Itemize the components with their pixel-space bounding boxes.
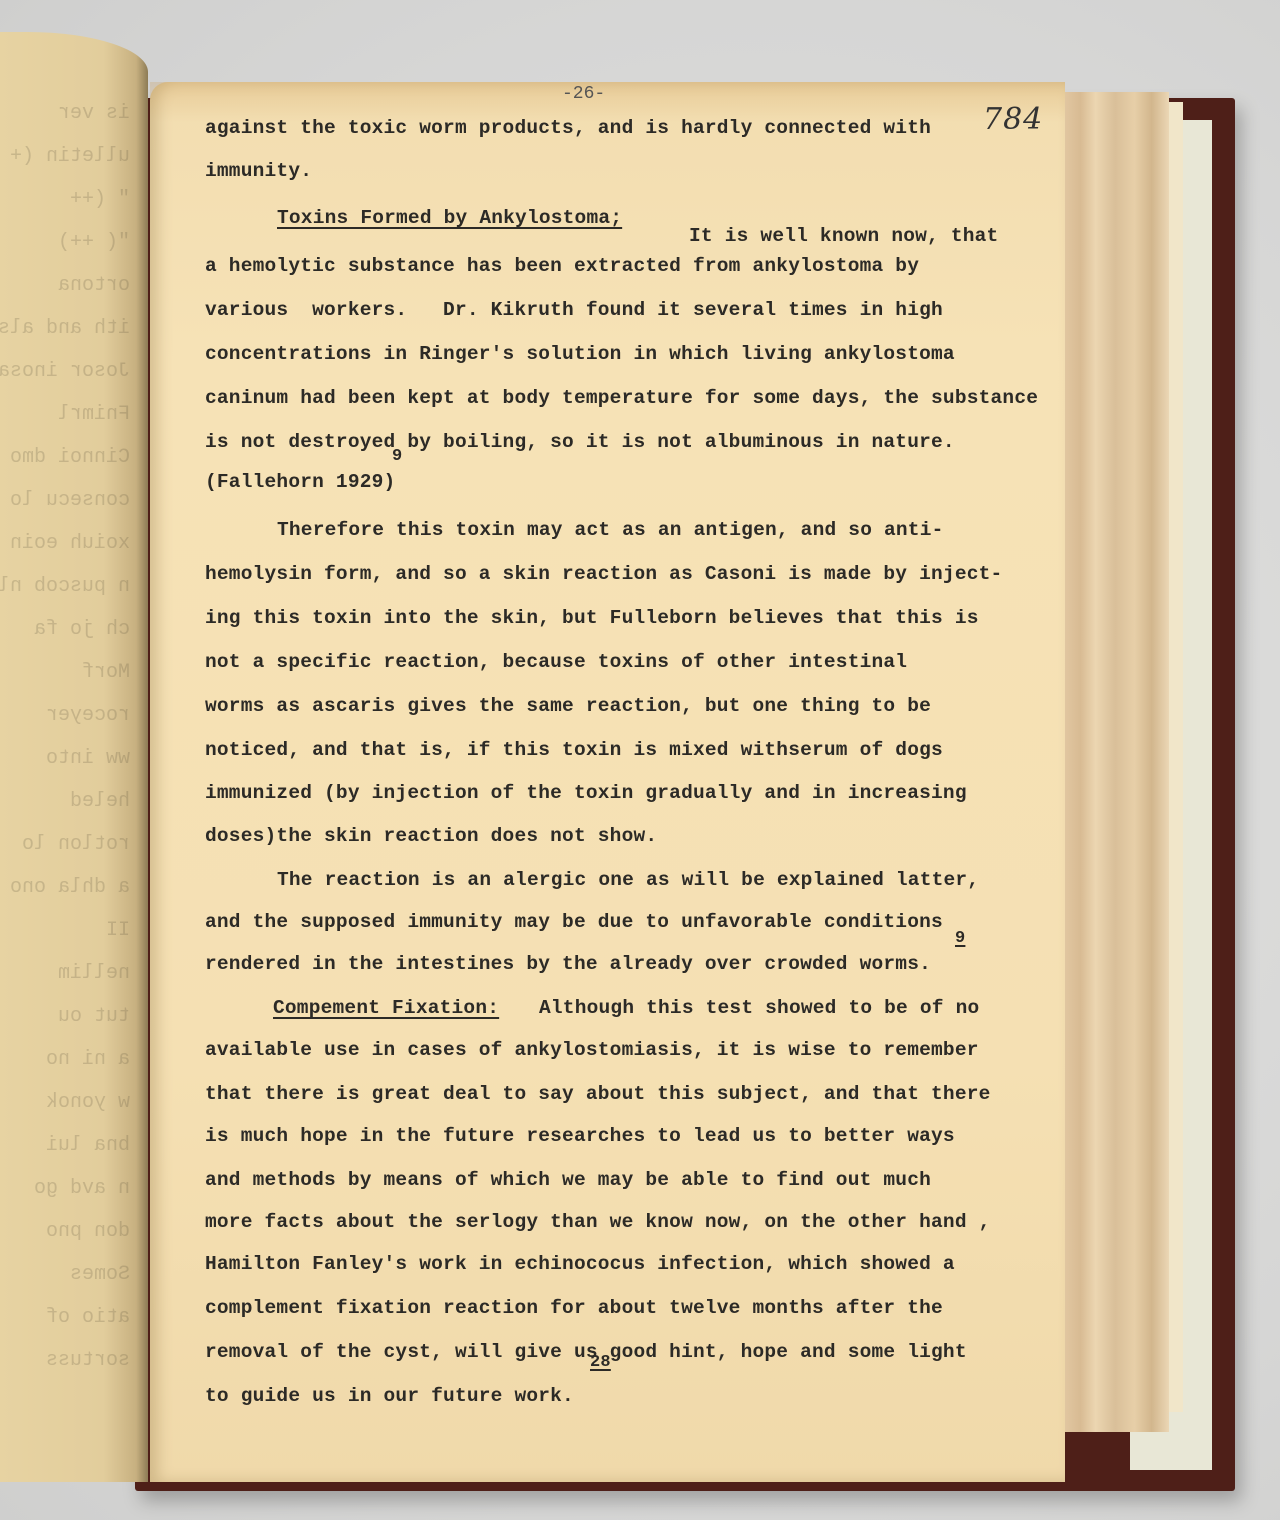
text-line: a hemolytic substance has been extracted…	[205, 255, 919, 277]
text-line: that there is great deal to say about th…	[205, 1083, 991, 1105]
page-number: -26-	[562, 84, 605, 104]
text-line: is much hope in the future researches to…	[205, 1125, 955, 1147]
text-line: immunized (by injection of the toxin gra…	[205, 782, 967, 804]
text-line: ing this toxin into the skin, but Fulleb…	[205, 607, 979, 629]
text-line: (Fallehorn 1929)	[205, 471, 395, 493]
text-line: caninum had been kept at body temperatur…	[205, 387, 1038, 409]
left-page: is ver ulletin (+ " (++ "( ++) ortona it…	[0, 32, 148, 1482]
footnote-ref: 9	[392, 447, 402, 466]
text-line: against the toxic worm products, and is …	[205, 117, 931, 139]
text-line: Hamilton Fanley's work in echinococus in…	[205, 1253, 955, 1275]
page-edges	[1060, 92, 1169, 1432]
footnote-ref: 9	[955, 929, 965, 948]
text-line: Although this test showed to be of no	[539, 997, 979, 1019]
text-line: immunity.	[205, 160, 312, 182]
text-line: various workers. Dr. Kikruth found it se…	[205, 299, 943, 321]
text-line: doses)the skin reaction does not show.	[205, 825, 657, 847]
text-line: complement fixation reaction for about t…	[205, 1297, 943, 1319]
text-line: more facts about the serlogy than we kno…	[205, 1211, 991, 1233]
text-line: available use in cases of ankylostomiasi…	[205, 1039, 979, 1061]
handwritten-folio: 784	[983, 102, 1043, 137]
text-line: and methods by means of which we may be …	[205, 1169, 931, 1191]
text-line: not a specific reaction, because toxins …	[205, 651, 907, 673]
text-line: to guide us in our future work.	[205, 1385, 574, 1407]
section-heading-complement: Compement Fixation:	[273, 997, 499, 1019]
text-line: Therefore this toxin may act as an antig…	[277, 519, 944, 541]
text-line: It is well known now, that	[689, 225, 998, 247]
text-line: and the supposed immunity may be due to …	[205, 911, 943, 933]
text-line: The reaction is an alergic one as will b…	[277, 869, 979, 891]
section-heading-toxins: Toxins Formed by Ankylostoma;	[277, 207, 622, 229]
text-line: is not destroyed by boiling, so it is no…	[205, 431, 955, 453]
typed-page: -26- 784 against the toxic worm products…	[150, 82, 1065, 1482]
text-line: noticed, and that is, if this toxin is m…	[205, 739, 943, 761]
text-line: removal of the cyst, will give us good h…	[205, 1341, 967, 1363]
text-line: hemolysin form, and so a skin reaction a…	[205, 563, 1002, 585]
text-line: worms as ascaris gives the same reaction…	[205, 695, 931, 717]
left-page-bleedthrough: is ver ulletin (+ " (++ "( ++) ortona it…	[0, 92, 130, 1382]
footnote-ref: 28	[590, 1353, 611, 1372]
text-line: concentrations in Ringer's solution in w…	[205, 343, 955, 365]
text-line: rendered in the intestines by the alread…	[205, 953, 931, 975]
